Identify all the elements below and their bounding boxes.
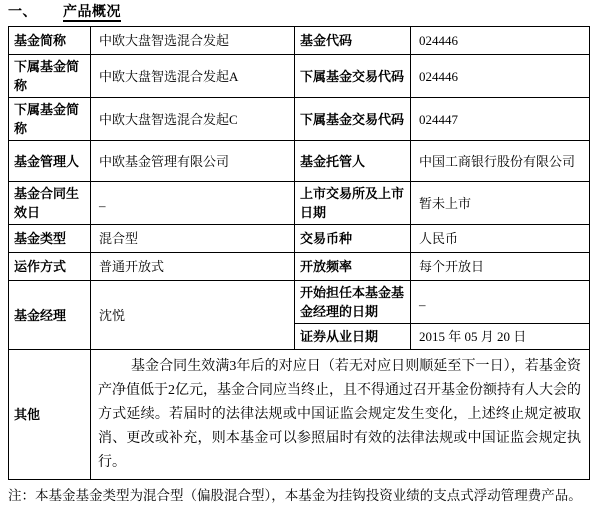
row-other: 其他 基金合同生效满3年后的对应日（若无对应日则顺延至下一日），若基金资产净值低… — [9, 350, 590, 480]
row-fund-abbr: 基金简称 中欧大盘智选混合发起 基金代码 024446 — [9, 27, 590, 55]
securities-career-date-label: 证券从业日期 — [295, 324, 411, 350]
footnote: 注：本基金基金类型为混合型（偏股混合型），本基金为挂钩投资业绩的支点式浮动管理费… — [8, 485, 587, 506]
sub-fund-c-code-label: 下属基金交易代码 — [295, 98, 411, 141]
custodian-value: 中国工商银行股份有限公司 — [411, 141, 590, 182]
sub-fund-c-abbr-label: 下属基金简称 — [9, 98, 91, 141]
sub-fund-c-code-value: 024447 — [411, 98, 590, 141]
fund-abbr-label: 基金简称 — [9, 27, 91, 55]
fund-manager-company-label: 基金管理人 — [9, 141, 91, 182]
row-operation-frequency: 运作方式 普通开放式 开放频率 每个开放日 — [9, 253, 590, 281]
fund-abbr-value: 中欧大盘智选混合发起 — [91, 27, 295, 55]
fund-manager-label: 基金经理 — [9, 281, 91, 350]
fund-code-label: 基金代码 — [295, 27, 411, 55]
fund-code-value: 024446 — [411, 27, 590, 55]
open-frequency-label: 开放频率 — [295, 253, 411, 281]
row-effective-listing: 基金合同生效日 – 上市交易所及上市日期 暂未上市 — [9, 182, 590, 225]
fund-type-label: 基金类型 — [9, 225, 91, 253]
other-label: 其他 — [9, 350, 91, 480]
custodian-label: 基金托管人 — [295, 141, 411, 182]
sub-fund-c-abbr-value: 中欧大盘智选混合发起C — [91, 98, 295, 141]
fund-manager-value: 沈悦 — [91, 281, 295, 350]
sub-fund-a-code-label: 下属基金交易代码 — [295, 55, 411, 98]
trading-currency-value: 人民币 — [411, 225, 590, 253]
manager-start-date-label: 开始担任本基金基金经理的日期 — [295, 281, 411, 324]
securities-career-date-value: 2015 年 05 月 20 日 — [411, 324, 590, 350]
fund-manager-company-value: 中欧基金管理有限公司 — [91, 141, 295, 182]
other-terms-text: 基金合同生效满3年后的对应日（若无对应日则顺延至下一日），若基金资产净值低于2亿… — [91, 350, 590, 480]
row-sub-fund-c: 下属基金简称 中欧大盘智选混合发起C 下属基金交易代码 024447 — [9, 98, 590, 141]
row-manager-custodian: 基金管理人 中欧基金管理有限公司 基金托管人 中国工商银行股份有限公司 — [9, 141, 590, 182]
contract-effective-date-value: – — [91, 182, 295, 225]
fund-type-value: 混合型 — [91, 225, 295, 253]
sub-fund-a-abbr-value: 中欧大盘智选混合发起A — [91, 55, 295, 98]
operation-mode-value: 普通开放式 — [91, 253, 295, 281]
contract-effective-date-label: 基金合同生效日 — [9, 182, 91, 225]
manager-start-date-value: – — [411, 281, 590, 324]
operation-mode-label: 运作方式 — [9, 253, 91, 281]
sub-fund-a-abbr-label: 下属基金简称 — [9, 55, 91, 98]
section-title: 产品概况 — [63, 3, 121, 22]
section-heading: 一、产品概况 — [8, 3, 589, 22]
product-overview-table: 基金简称 中欧大盘智选混合发起 基金代码 024446 下属基金简称 中欧大盘智… — [8, 26, 590, 480]
listing-exchange-date-value: 暂未上市 — [411, 182, 590, 225]
open-frequency-value: 每个开放日 — [411, 253, 590, 281]
section-number: 一、 — [8, 3, 37, 20]
trading-currency-label: 交易币种 — [295, 225, 411, 253]
document-page: 一、产品概况 基金简称 中欧大盘智选混合发起 基金代码 024446 下属基金简… — [0, 0, 595, 506]
row-sub-fund-a: 下属基金简称 中欧大盘智选混合发起A 下属基金交易代码 024446 — [9, 55, 590, 98]
listing-exchange-date-label: 上市交易所及上市日期 — [295, 182, 411, 225]
row-fund-manager-start: 基金经理 沈悦 开始担任本基金基金经理的日期 – — [9, 281, 590, 324]
sub-fund-a-code-value: 024446 — [411, 55, 590, 98]
row-type-currency: 基金类型 混合型 交易币种 人民币 — [9, 225, 590, 253]
